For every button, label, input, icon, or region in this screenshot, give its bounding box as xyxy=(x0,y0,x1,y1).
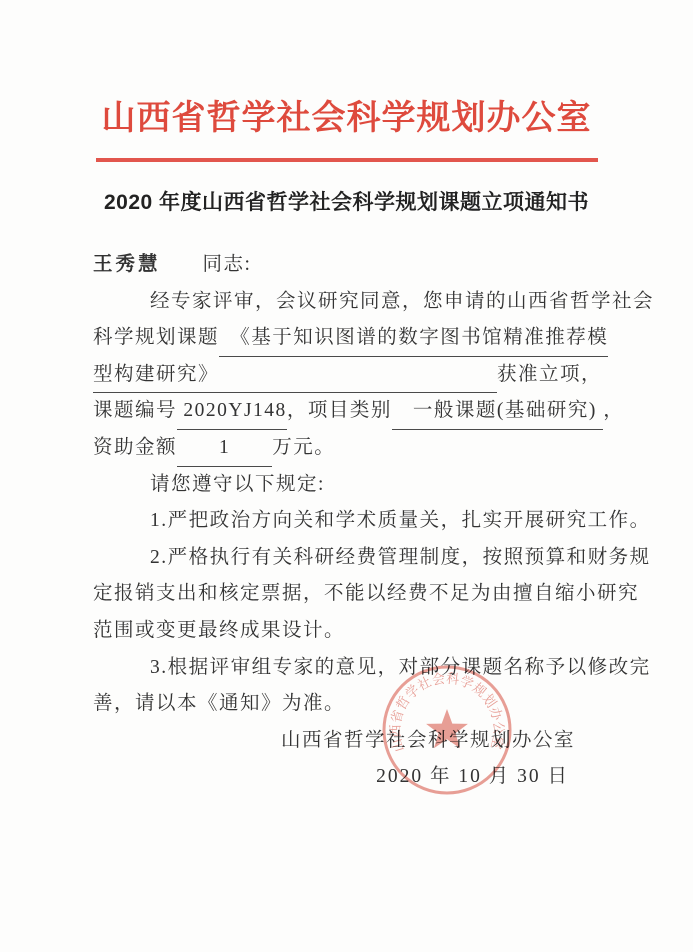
body-line: 定报销支出和核定票据，不能以经费不足为由擅自缩小研究 xyxy=(93,576,602,613)
filled-blank-field: 型构建研究》 xyxy=(93,357,219,394)
body-line: 资助金额 1 万元。 xyxy=(93,430,602,467)
body-line: 2.严格执行有关科研经费管理制度，按照预算和财务规 xyxy=(93,540,602,577)
body-line: 课题编号 2020YJ148，项目类别 一般课题(基础研究) ， xyxy=(93,393,602,430)
notice-subtitle: 2020 年度山西省哲学社会科学规划课题立项通知书 xyxy=(0,186,693,216)
body-text: 科学规划课题 xyxy=(93,320,219,357)
body-text: 获准立项， xyxy=(497,357,602,394)
body-line: 3.根据评审组专家的意见，对部分课题名称予以修改完 xyxy=(93,650,602,687)
body-line: 科学规划课题 《基于知识图谱的数字图书馆精准推荐模 xyxy=(93,320,602,357)
body-text: 请您遵守以下规定: xyxy=(150,467,325,504)
filled-blank-field xyxy=(219,357,497,394)
body-line: 请您遵守以下规定: xyxy=(93,467,602,504)
body-text: 课题编号 xyxy=(93,393,177,430)
letterhead-title: 山西省哲学社会科学规划办公室 xyxy=(0,100,693,138)
body-text: 同志: xyxy=(161,247,252,284)
body-text: 2.严格执行有关科研经费管理制度，按照预算和财务规 xyxy=(150,540,651,577)
filled-blank-field: 1 xyxy=(177,430,272,467)
body-text: 经专家评审，会议研究同意，您申请的山西省哲学社会 xyxy=(150,284,654,321)
body-text: 1.严把政治方向关和学术质量关，扎实开展研究工作。 xyxy=(150,503,651,540)
body-text: ，项目类别 xyxy=(287,393,392,430)
filled-blank-field: 《基于知识图谱的数字图书馆精准推荐模 xyxy=(219,320,608,357)
notice-document-page: 山西省哲学社会科学规划办公室 2020 年度山西省哲学社会科学规划课题立项通知书… xyxy=(0,0,693,952)
body-text: 定报销支出和核定票据，不能以经费不足为由擅自缩小研究 xyxy=(93,576,639,613)
body-line: 善，请以本《通知》为准。 xyxy=(93,686,602,723)
filled-blank-field: 一般课题(基础研究) xyxy=(392,393,603,430)
signature-date: 2020 年 10 月 30 日 xyxy=(93,759,602,796)
body-text: ， xyxy=(603,393,624,430)
body-text: 范围或变更最终成果设计。 xyxy=(93,613,345,650)
signature-organization: 山西省哲学社会科学规划办公室 xyxy=(93,723,602,760)
body-text: 善，请以本《通知》为准。 xyxy=(93,686,345,723)
body-line: 型构建研究》获准立项， xyxy=(93,357,602,394)
body-text: 资助金额 xyxy=(93,430,177,467)
notice-body: 王秀慧 同志:经专家评审，会议研究同意，您申请的山西省哲学社会科学规划课题 《基… xyxy=(0,247,693,723)
letterhead-divider-rule xyxy=(96,158,598,162)
body-line: 1.严把政治方向关和学术质量关，扎实开展研究工作。 xyxy=(93,503,602,540)
recipient-name: 王秀慧 xyxy=(93,247,161,284)
body-line: 王秀慧 同志: xyxy=(93,247,602,284)
body-text: 万元。 xyxy=(272,430,335,467)
body-line: 范围或变更最终成果设计。 xyxy=(93,613,602,650)
body-text: 3.根据评审组专家的意见，对部分课题名称予以修改完 xyxy=(150,650,651,687)
filled-blank-field: 2020YJ148 xyxy=(177,393,287,430)
body-line: 经专家评审，会议研究同意，您申请的山西省哲学社会 xyxy=(93,284,602,321)
